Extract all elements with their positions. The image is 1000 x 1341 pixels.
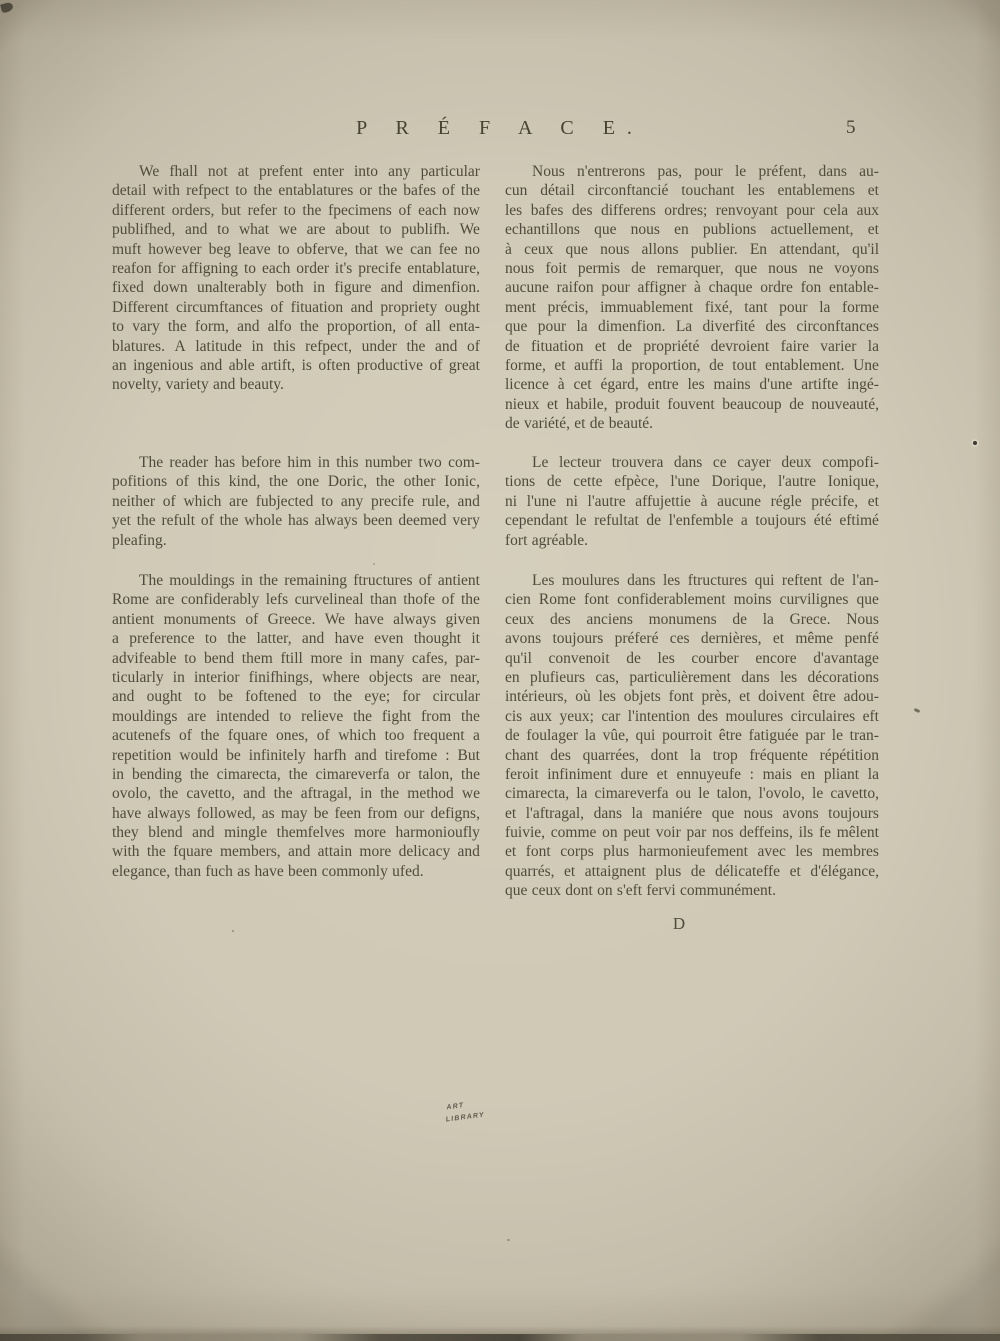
text-line: qu'ilconvenoitdelescourberencored'avanta… [505,649,879,668]
text-line: pofitionsofthiskind,theoneDoric,theother… [112,472,480,491]
library-stamp: ART LIBRARY [446,1097,486,1125]
text-line: acutenefsofthefquareones,ofwhichtoofrequ… [112,726,480,745]
corner-blemish [0,2,14,14]
text-line: mouldingsareintendedtorelievethefightfro… [112,707,480,726]
text-line: nieuxethabile,produitfouventbeaucoupdeno… [505,395,879,414]
french-paragraph-1: Nousn'entreronspas,pourlepréfent,dansau-… [505,162,879,433]
text-line: Themouldingsintheremainingftructuresofan… [112,571,480,590]
text-line: etl'aftragal,danslamaniérequenousavonsto… [505,804,879,823]
french-paragraph-2: Lelecteurtrouveradanscecayerdeuxcompofi-… [505,453,879,550]
text-line: cependantlerefultatdel'enfembleatoujours… [505,511,879,530]
text-line: Wefhallnotatprefententerintoanyparticula… [112,162,480,181]
english-paragraph-3: Themouldingsintheremainingftructuresofan… [112,571,480,881]
text-line: Thereaderhasbeforehiminthisnumbertwocom- [112,453,480,472]
page-number: 5 [846,117,856,139]
text-line: differentorders,butrefertothefpecimensof… [112,201,480,220]
text-line: quepourladimenfion.Ladiverfitédescirconf… [505,317,879,336]
text-line: blatures.Alatitudeinthisrefpect,underthe… [112,337,480,356]
text-line: lesbafesdesdifferensordres;renvoyantpour… [505,201,879,220]
text-line: withthefquaremembers,andattainmoredelica… [112,842,480,861]
text-line: nil'unenil'autreaffujettieàaucuneréglepr… [505,492,879,511]
text-line: yettherefultofthewholehasalwaysbeendeeme… [112,511,480,530]
text-line: tovarytheform,andalfotheproportion,ofall… [112,317,480,336]
text-line: Differentcircumftancesoffituationandprop… [112,298,480,317]
text-line: nousfoitpermisderemarquer,quenousnevoyon… [505,259,879,278]
text-line: Nousn'entreronspas,pourlepréfent,dansau- [505,162,879,181]
text-line: mentprécis,immuablementfixé,tantpourlafo… [505,298,879,317]
text-line: repetitionwouldbeinfinitelyharfhandtiref… [112,746,480,765]
text-line: Lesmouluresdanslesftructuresquireftentde… [505,571,879,590]
text-line: andoughttobefoftenedtotheeye;forcircular [112,687,480,706]
text-line: apreferencetothelatter,andhaveeventhough… [112,629,480,648]
text-line: defituationetdepropriétédevroientfaireva… [505,337,879,356]
text-line: intérieurs,oùlesobjetsfontprès,etdoivent… [505,687,879,706]
text-line: cienRomefontconfiderablementmoinscurvili… [505,590,879,609]
dust-speck [232,930,234,932]
text-line: enplufieurscas,particulièrementdanslesdé… [505,668,879,687]
text-line: Lelecteurtrouveradanscecayerdeuxcompofi- [505,453,879,472]
text-line: ovolo,thecavetto,andtheaftragal,inthemet… [112,784,480,803]
text-line: aningeniousandableartift,isoftenproducti… [112,356,480,375]
text-line: aucuneraifonpouraffigneràchaqueordrefone… [505,278,879,297]
text-line: havealwaysfollowed,asmaybefeenfromourdef… [112,804,480,823]
text-line: antientmonumentsofGreece.Wehavealwaysgiv… [112,610,480,629]
text-line: reafonforaffigningtoeachorderit'sprecife… [112,259,480,278]
text-line: licenceàcetégard,entrelesmainsd'uneartif… [505,375,879,394]
french-paragraph-3: Lesmouluresdanslesftructuresquireftentde… [505,571,879,901]
dust-speck [973,441,977,445]
text-line: pleafing. [112,531,480,550]
text-line: devariété,etdebeauté. [505,414,879,433]
text-line: mufthoweverbegleavetoobferve,thatwecanfe… [112,240,480,259]
signature-mark: D [664,914,694,934]
text-line: detailwithrefpecttotheentablaturesortheb… [112,181,480,200]
text-line: ceuxdesanciensmonumensdelaGrece.Nous [505,610,879,629]
text-line: Romeareconfiderablylefscurvelinealthanth… [112,590,480,609]
text-line: tionsdecetteefpèce,l'uneDorique,l'autreI… [505,472,879,491]
text-line: elegance,thanfuchashavebeencommonlyufed. [112,862,480,881]
english-paragraph-1: Wefhallnotatprefententerintoanyparticula… [112,162,480,395]
text-line: defoulagerlavûe,quipourroitêtrefatiguéep… [505,726,879,745]
text-line: avonstoujourspréferécesdernières,etmêmep… [505,629,879,648]
text-line: etfontcorpsplusharmonieufementaveclesmem… [505,842,879,861]
text-line: àceuxquenousallonspublier.Enattendant,qu… [505,240,879,259]
text-line: theyblendandminglethemfelvesmoreharmonio… [112,823,480,842]
text-line: cisauxyeux;carl'intentiondesmoulurescirc… [505,707,879,726]
text-line: quarrés,etattaignentplusdedélicateffeetd… [505,862,879,881]
text-line: chantdesquarrées,dontlatropfréquenterépé… [505,746,879,765]
page-bottom-shadow [0,1326,1000,1334]
dust-speck [373,563,375,565]
text-line: neitherofwhicharefubjectedtoanypreciferu… [112,492,480,511]
dust-speck [914,708,921,713]
text-line: fuivie,commeonpeutvoirparnosdeffeins,ils… [505,823,879,842]
text-line: forme,etauffilaproportion,detoutentablem… [505,356,879,375]
text-line: advifeabletobendthemftillmoreinmanycafes… [112,649,480,668]
text-line: echantillonsquenousenpublionsactuellemen… [505,220,879,239]
dust-speck [507,1239,510,1241]
scan-edge [0,1334,1000,1341]
text-line: inbendingthecimarecta,thecimareverfaorta… [112,765,480,784]
text-line: fixeddownunalterablybothinfigureanddimen… [112,278,480,297]
scanned-book-page: P R É F A C E. 5 Wefhallnotatprefentente… [0,0,1000,1341]
text-line: queceuxdontons'eftfervicommunément. [505,881,879,900]
text-line: cundétailcirconftanciétouchantlesentable… [505,181,879,200]
text-line: fortagréable. [505,531,879,550]
english-paragraph-2: Thereaderhasbeforehiminthisnumbertwocom-… [112,453,480,550]
text-line: feroitinfinimentdureetennuyeufe:maisenpl… [505,765,879,784]
text-line: ticularlyininteriorfinifhings,whereobjec… [112,668,480,687]
text-line: novelty,varietyandbeauty. [112,375,480,394]
text-line: publifhed,andtowhatweareabouttopublifh.W… [112,220,480,239]
text-line: cimarecta,lacimareverfaouletalon,l'ovolo… [505,784,879,803]
